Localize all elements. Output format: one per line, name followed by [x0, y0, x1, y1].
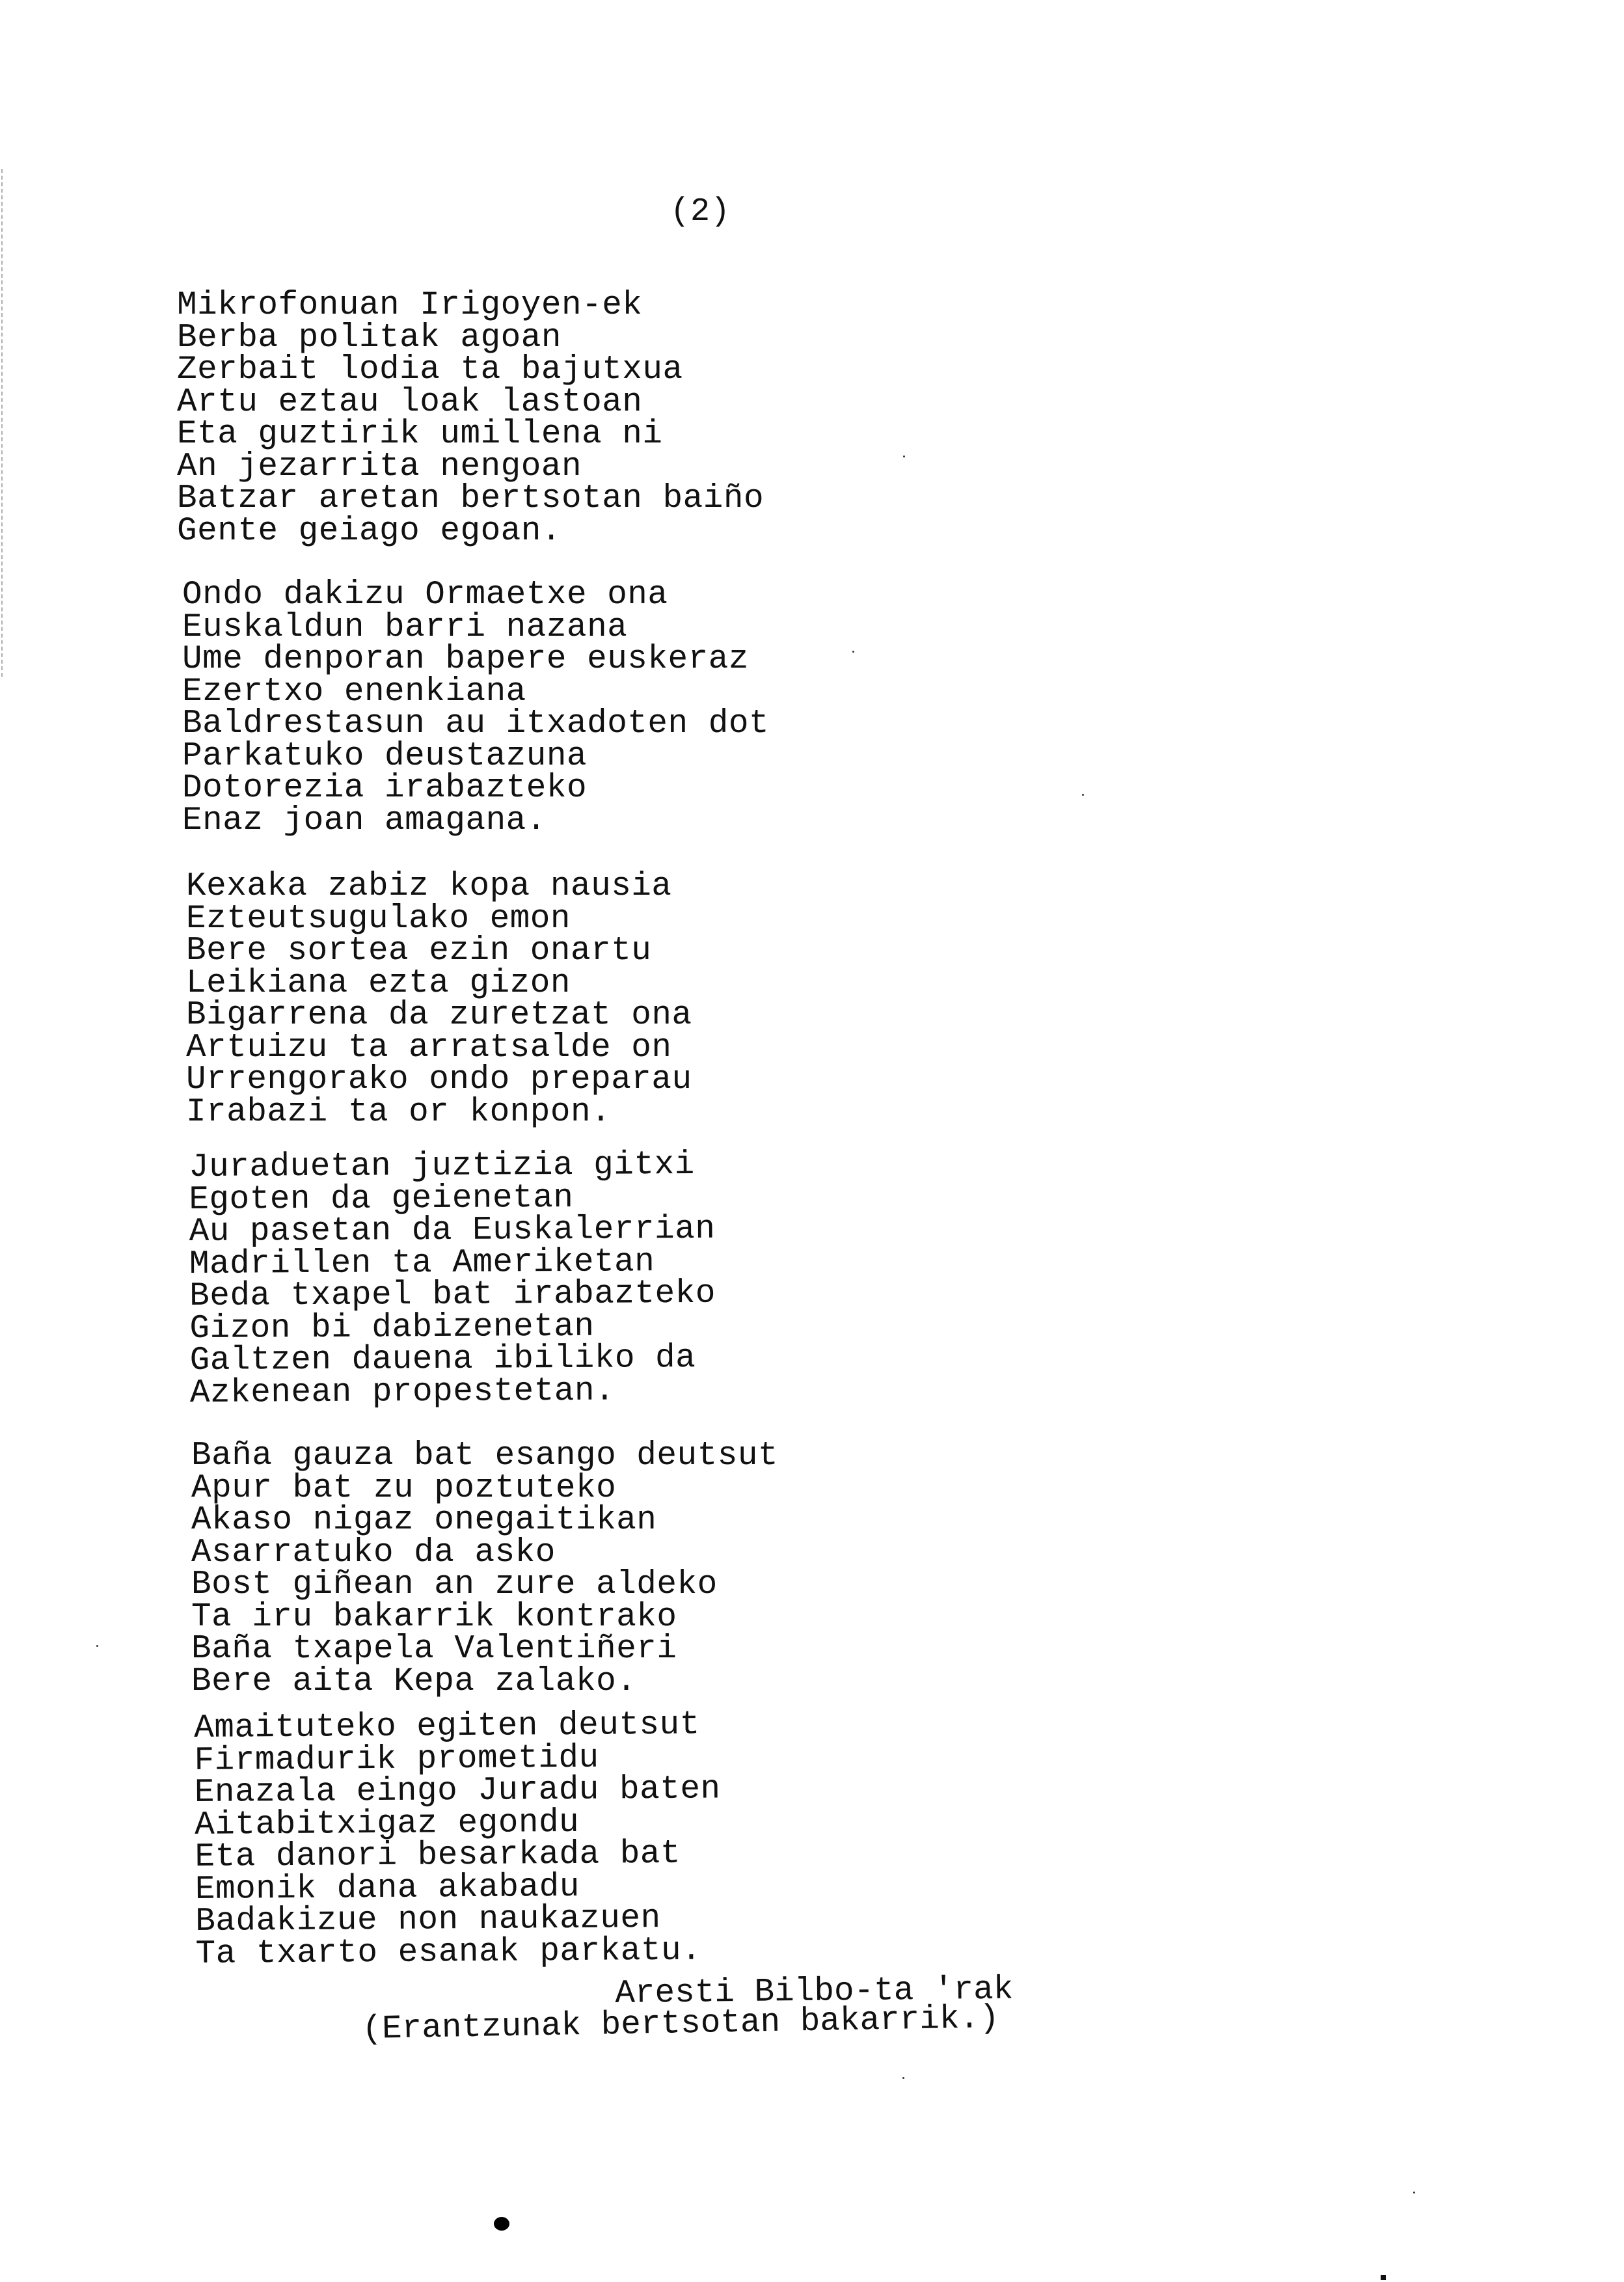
signature-note: (Erantzunak bertsotan bakarrik.)	[362, 2000, 999, 2050]
verse-line: Ume denporan bapere euskeraz	[182, 644, 769, 676]
verse-line: Artu eztau loak lastoan	[177, 387, 764, 419]
scan-mark	[1381, 2275, 1386, 2280]
verse-line: Asarratuko da asko	[191, 1537, 778, 1569]
verse-line: Kexaka zabiz kopa nausia	[186, 871, 692, 903]
ink-speck	[1413, 2192, 1415, 2194]
verse-line: Berba politak agoan	[177, 322, 764, 355]
verse-line: Euskaldun barri nazana	[182, 612, 769, 644]
verse-line: Bere sortea ezin onartu	[186, 935, 692, 968]
verse-line: Amaituteko egiten deutsut	[194, 1709, 720, 1745]
verse-line: Baldrestasun au itxadoten dot	[182, 708, 769, 740]
verse-line: Ta iru bakarrik kontrako	[191, 1601, 778, 1634]
ink-speck	[96, 1645, 98, 1647]
verse-line: Ezteutsugulako emon	[186, 903, 692, 936]
verse-line: Zerbait lodia ta bajutxua	[177, 354, 764, 387]
stanza-1: Mikrofonuan Irigoyen-ek Berba politak ag…	[177, 290, 764, 547]
verse-line: Eta guztirik umillena ni	[177, 418, 764, 451]
verse-line: Artuizu ta arratsalde on	[186, 1032, 692, 1065]
ink-dot	[494, 2217, 509, 2231]
stanza-5: Baña gauza bat esango deutsut Apur bat z…	[191, 1440, 778, 1698]
verse-line: Baña txapela Valentiñeri	[191, 1633, 778, 1666]
ink-speck	[903, 455, 905, 457]
verse-line: Azkenean propestetan.	[190, 1374, 716, 1409]
verse-line: Bost giñean an zure aldeko	[191, 1569, 778, 1601]
verse-line: Leikiana ezta gizon	[186, 968, 692, 1000]
verse-line: Urrengorako ondo preparau	[186, 1064, 692, 1096]
verse-line: Akaso nigaz onegaitikan	[191, 1504, 778, 1537]
verse-line: Dotorezia irabazteko	[182, 772, 769, 805]
page-number: (2)	[670, 193, 731, 232]
verse-line: Batzar aretan bertsotan baiño	[177, 483, 764, 515]
verse-line: Ezertxo enenkiana	[182, 676, 769, 709]
verse-line: Parkatuko deustazuna	[182, 740, 769, 773]
verse-line: Bigarrena da zuretzat ona	[186, 999, 692, 1032]
stanza-2: Ondo dakizu Ormaetxe ona Euskaldun barri…	[182, 579, 769, 837]
verse-line: Juraduetan juztizia gitxi	[189, 1149, 715, 1184]
verse-line: Ta txarto esanak parkatu.	[195, 1935, 722, 1970]
verse-line: Enazala eingo Juradu baten	[195, 1773, 721, 1809]
verse-line: Apur bat zu poztuteko	[191, 1473, 778, 1505]
verse-line: Bere aita Kepa zalako.	[191, 1666, 778, 1698]
scan-edge-line	[1, 169, 3, 677]
verse-line: An jezarrita nengoan	[177, 451, 764, 483]
stanza-4: Juraduetan juztizia gitxi Egoten da geie…	[189, 1149, 716, 1409]
typewritten-page: (2) Mikrofonuan Irigoyen-ek Berba polita…	[0, 0, 1624, 2282]
verse-line: Enaz joan amagana.	[182, 805, 769, 837]
stanza-3: Kexaka zabiz kopa nausia Ezteutsugulako …	[186, 871, 692, 1128]
verse-line: Baña gauza bat esango deutsut	[191, 1440, 778, 1473]
stanza-6: Amaituteko egiten deutsut Firmadurik pro…	[194, 1709, 722, 1970]
verse-line: Ondo dakizu Ormaetxe ona	[182, 579, 769, 612]
verse-line: Gente geiago egoan.	[177, 515, 764, 548]
verse-line: Irabazi ta or konpon.	[186, 1096, 692, 1129]
verse-line: Galtzen dauena ibiliko da	[190, 1342, 716, 1378]
verse-line: Beda txapel bat irabazteko	[189, 1278, 716, 1313]
verse-line: Eta danori besarkada bat	[195, 1838, 721, 1873]
verse-line: Mikrofonuan Irigoyen-ek	[177, 290, 764, 322]
ink-speck	[902, 2077, 904, 2079]
ink-speck	[1082, 794, 1084, 796]
ink-speck	[852, 651, 854, 653]
